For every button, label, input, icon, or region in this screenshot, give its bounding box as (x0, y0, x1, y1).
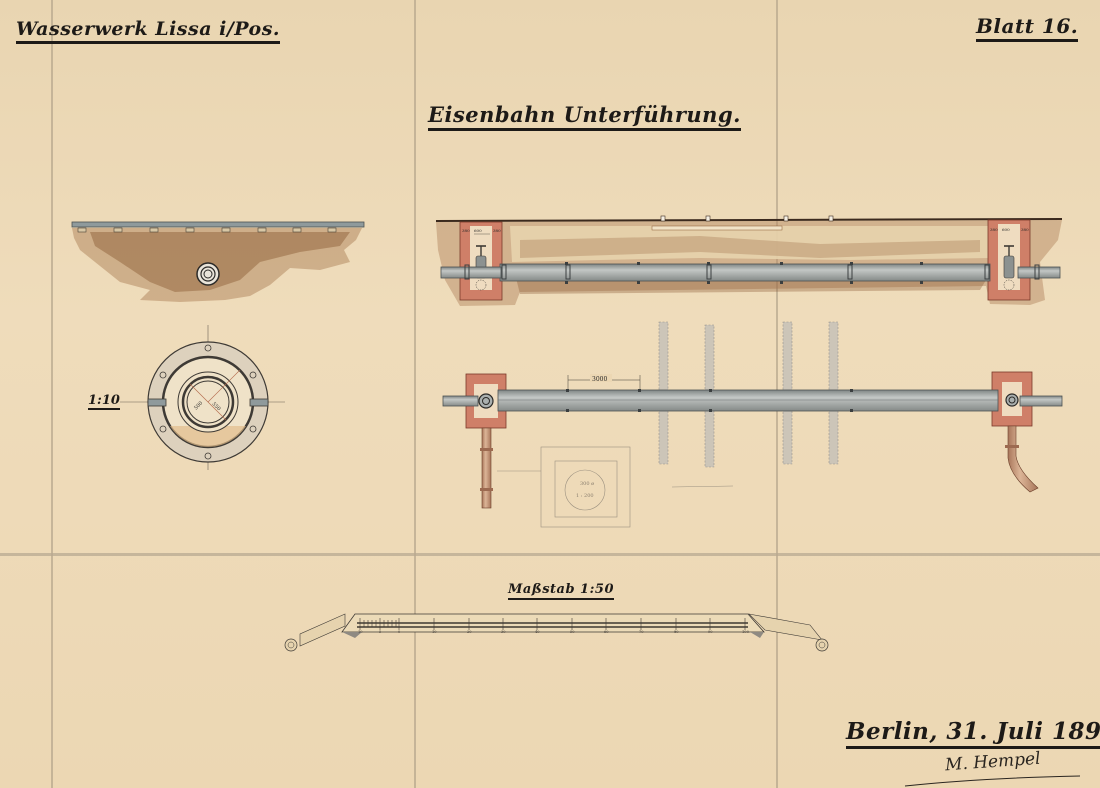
svg-text:600: 600 (1002, 227, 1010, 232)
plan-view: 3000 (443, 322, 1062, 508)
svg-text:380: 380 (1021, 227, 1029, 232)
svg-text:380: 380 (493, 228, 501, 233)
svg-text:60: 60 (604, 630, 609, 634)
svg-text:10: 10 (358, 630, 363, 634)
svg-text:80: 80 (674, 630, 679, 634)
svg-text:10: 10 (432, 630, 437, 634)
svg-text:20: 20 (467, 630, 472, 634)
svg-text:1 : 200: 1 : 200 (576, 493, 594, 499)
cross-section-view (72, 222, 364, 302)
svg-text:380: 380 (462, 228, 470, 233)
svg-text:100: 100 (742, 630, 750, 634)
svg-text:40: 40 (535, 630, 540, 634)
drawing-sheet: Wasserwerk Lissa i/Pos. Blatt 16. Eisenb… (0, 0, 1100, 788)
svg-text:70: 70 (639, 630, 644, 634)
pencil-sketch: 300 ø 1 : 200 (497, 447, 733, 527)
svg-text:30: 30 (501, 630, 506, 634)
svg-text:300 ø: 300 ø (580, 481, 594, 487)
svg-text:600: 600 (474, 228, 482, 233)
svg-text:90: 90 (708, 630, 713, 634)
svg-text:50: 50 (570, 630, 575, 634)
svg-text:380: 380 (990, 227, 998, 232)
svg-text:3000: 3000 (592, 376, 607, 383)
signature-flourish (905, 776, 1080, 786)
scale-bar: 10 5 0 10 20 30 40 50 60 70 80 90 100 (285, 614, 828, 651)
longitudinal-section-view: 600 380 380 600 380 380 (436, 216, 1062, 306)
pipe-detail-1-10: 500 550 (120, 325, 285, 470)
technical-drawing: 500 550 600 380 3 (0, 0, 1100, 788)
